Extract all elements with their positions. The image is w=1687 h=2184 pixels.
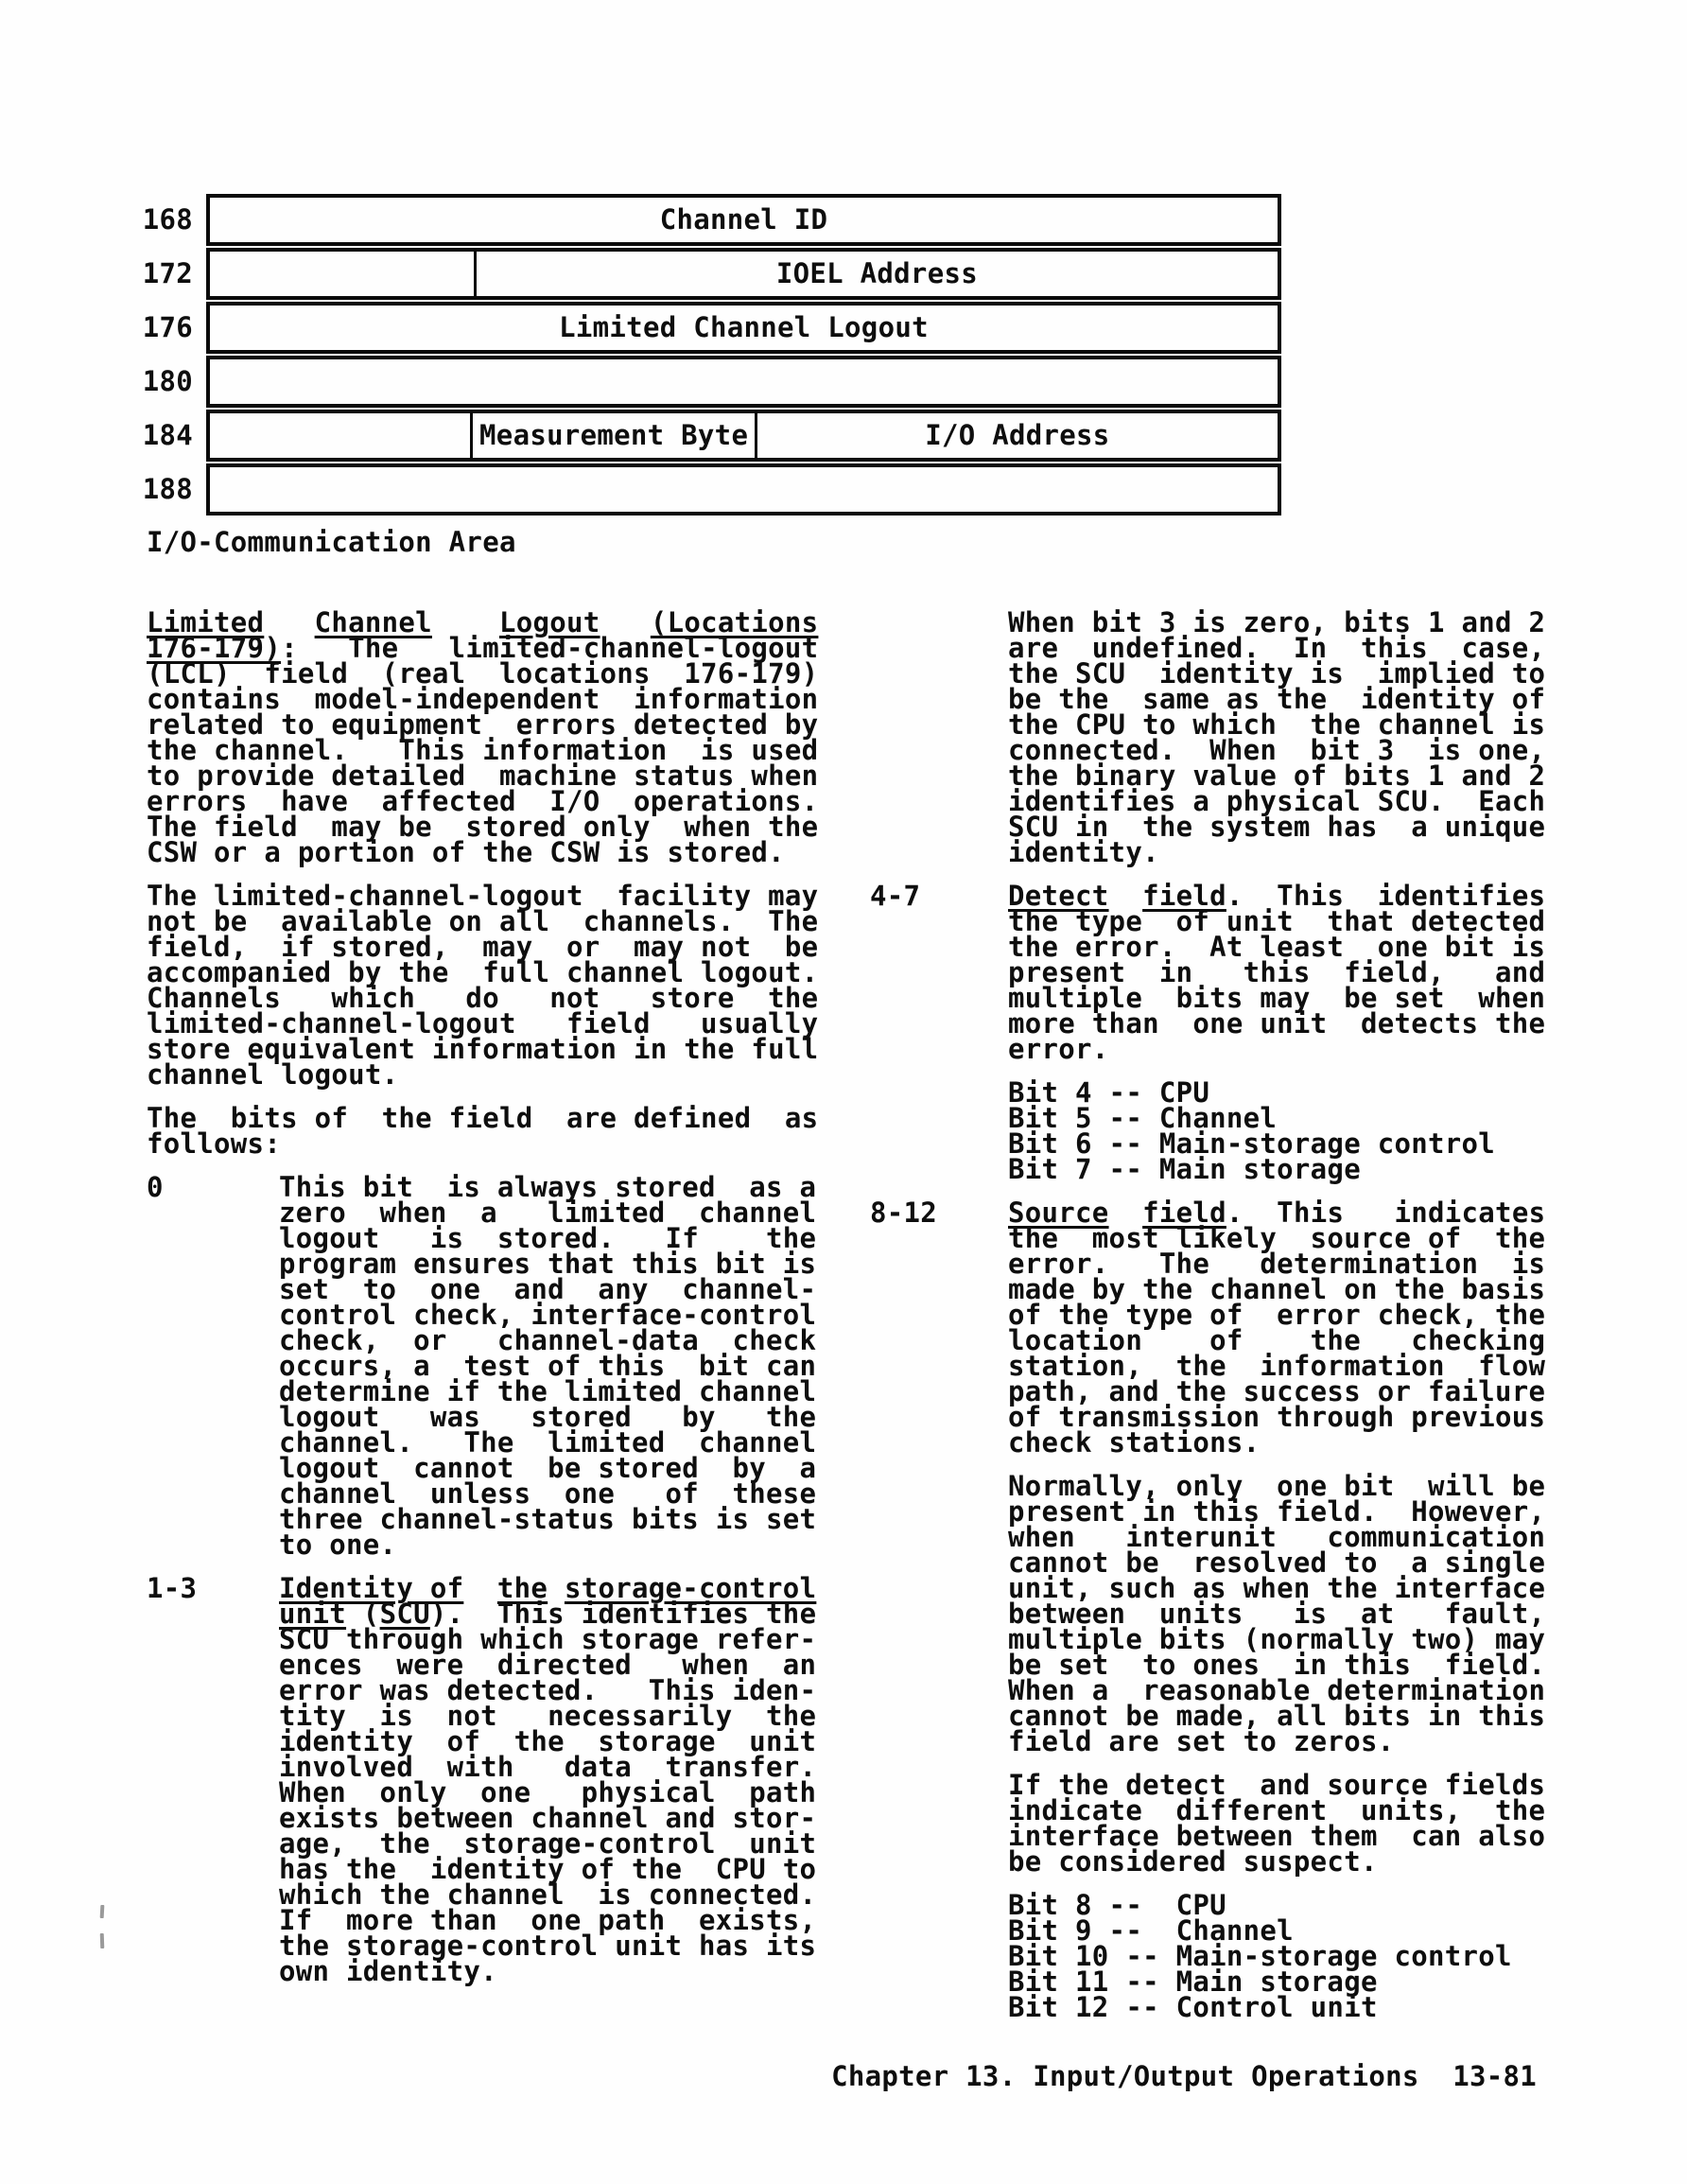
diagram-caption: I/O-Communication Area bbox=[147, 530, 516, 555]
memory-row: 180 bbox=[142, 356, 1281, 408]
paragraph-text: Normally, only one bit will be present i… bbox=[1008, 1474, 1545, 1755]
bit-range-label: 4-7 bbox=[870, 883, 1008, 1062]
row-box bbox=[206, 356, 1281, 408]
bit-range-label: 0 bbox=[147, 1175, 279, 1558]
paragraph-text: This bit is always stored as a zero when… bbox=[279, 1175, 816, 1558]
bit-range-label: 1-3 bbox=[147, 1576, 279, 1984]
address-label: 188 bbox=[142, 463, 206, 515]
text-block: If the detect and source fields indicate… bbox=[870, 1773, 1545, 1875]
page-footer: Chapter 13. Input/Output Operations 13-8… bbox=[831, 2064, 1537, 2089]
empty-field-cell bbox=[210, 467, 1278, 512]
paragraph-text: Limited Channel Logout (Locations 176-17… bbox=[147, 610, 818, 865]
right-column: When bit 3 is zero, bits 1 and 2 are und… bbox=[870, 610, 1545, 2020]
text-block: Limited Channel Logout (Locations 176-17… bbox=[147, 610, 818, 865]
paragraph-text: Detect field. This identifies the type o… bbox=[1008, 883, 1545, 1062]
address-label: 168 bbox=[142, 194, 206, 246]
memory-row: 176 Limited Channel Logout bbox=[142, 302, 1281, 354]
paragraph-text: If the detect and source fields indicate… bbox=[1008, 1773, 1545, 1875]
text-block: When bit 3 is zero, bits 1 and 2 are und… bbox=[870, 610, 1545, 865]
text-block: 0 This bit is always stored as a zero wh… bbox=[147, 1175, 818, 1558]
paragraph-text: When bit 3 is zero, bits 1 and 2 are und… bbox=[1008, 610, 1545, 865]
paragraph-text: The bits of the field are defined as fol… bbox=[147, 1106, 818, 1157]
text-block: Bit 4 -- CPU Bit 5 -- Channel Bit 6 -- M… bbox=[870, 1080, 1545, 1182]
text-block: The limited-channel-logout facility may … bbox=[147, 883, 818, 1088]
bit-range-label bbox=[870, 610, 1008, 865]
address-label: 184 bbox=[142, 410, 206, 462]
field-cell: I/O Address bbox=[755, 413, 1278, 458]
field-cell: Measurement Byte bbox=[470, 413, 754, 458]
paragraph-text: The limited-channel-logout facility may … bbox=[147, 883, 818, 1088]
address-label: 176 bbox=[142, 302, 206, 354]
row-box: Measurement ByteI/O Address bbox=[206, 410, 1281, 462]
memory-row: 168 Channel ID bbox=[142, 194, 1281, 246]
empty-field-cell bbox=[210, 359, 1278, 404]
row-box: Limited Channel Logout bbox=[206, 302, 1281, 354]
memory-row: 188 bbox=[142, 463, 1281, 515]
text-block: Bit 8 -- CPU Bit 9 -- Channel Bit 10 -- … bbox=[870, 1893, 1545, 2020]
empty-field-cell bbox=[210, 413, 470, 458]
bit-range-label bbox=[870, 1474, 1008, 1755]
memory-row: 172 IOEL Address bbox=[142, 248, 1281, 300]
empty-field-cell bbox=[210, 252, 474, 296]
address-label: 172 bbox=[142, 248, 206, 300]
memory-row: 184 Measurement ByteI/O Address bbox=[142, 410, 1281, 462]
address-label: 180 bbox=[142, 356, 206, 408]
bit-range-label bbox=[870, 1893, 1008, 2020]
bit-range-label bbox=[870, 1773, 1008, 1875]
scan-artifact bbox=[100, 1933, 105, 1948]
text-block: The bits of the field are defined as fol… bbox=[147, 1106, 818, 1157]
bit-range-label: 8-12 bbox=[870, 1200, 1008, 1456]
text-block: 4-7 Detect field. This identifies the ty… bbox=[870, 883, 1545, 1062]
io-communication-area-diagram: 168 Channel ID 172 IOEL Address 176 Limi… bbox=[142, 194, 1281, 515]
row-box bbox=[206, 463, 1281, 515]
bit-range-label bbox=[870, 1080, 1008, 1182]
field-cell: IOEL Address bbox=[474, 252, 1278, 296]
text-block: 8-12 Source field. This indicates the mo… bbox=[870, 1200, 1545, 1456]
field-cell: Limited Channel Logout bbox=[210, 306, 1278, 350]
text-block: 1-3 Identity of the storage-control unit… bbox=[147, 1576, 818, 1984]
paragraph-text: Source field. This indicates the most li… bbox=[1008, 1200, 1545, 1456]
field-cell: Channel ID bbox=[210, 198, 1278, 242]
paragraph-text: Identity of the storage-control unit (SC… bbox=[279, 1576, 816, 1984]
row-box: IOEL Address bbox=[206, 248, 1281, 300]
scan-artifact bbox=[100, 1905, 105, 1918]
paragraph-text: Bit 8 -- CPU Bit 9 -- Channel Bit 10 -- … bbox=[1008, 1893, 1512, 2020]
text-block: Normally, only one bit will be present i… bbox=[870, 1474, 1545, 1755]
paragraph-text: Bit 4 -- CPU Bit 5 -- Channel Bit 6 -- M… bbox=[1008, 1080, 1495, 1182]
row-box: Channel ID bbox=[206, 194, 1281, 246]
left-column: Limited Channel Logout (Locations 176-17… bbox=[147, 610, 818, 1984]
